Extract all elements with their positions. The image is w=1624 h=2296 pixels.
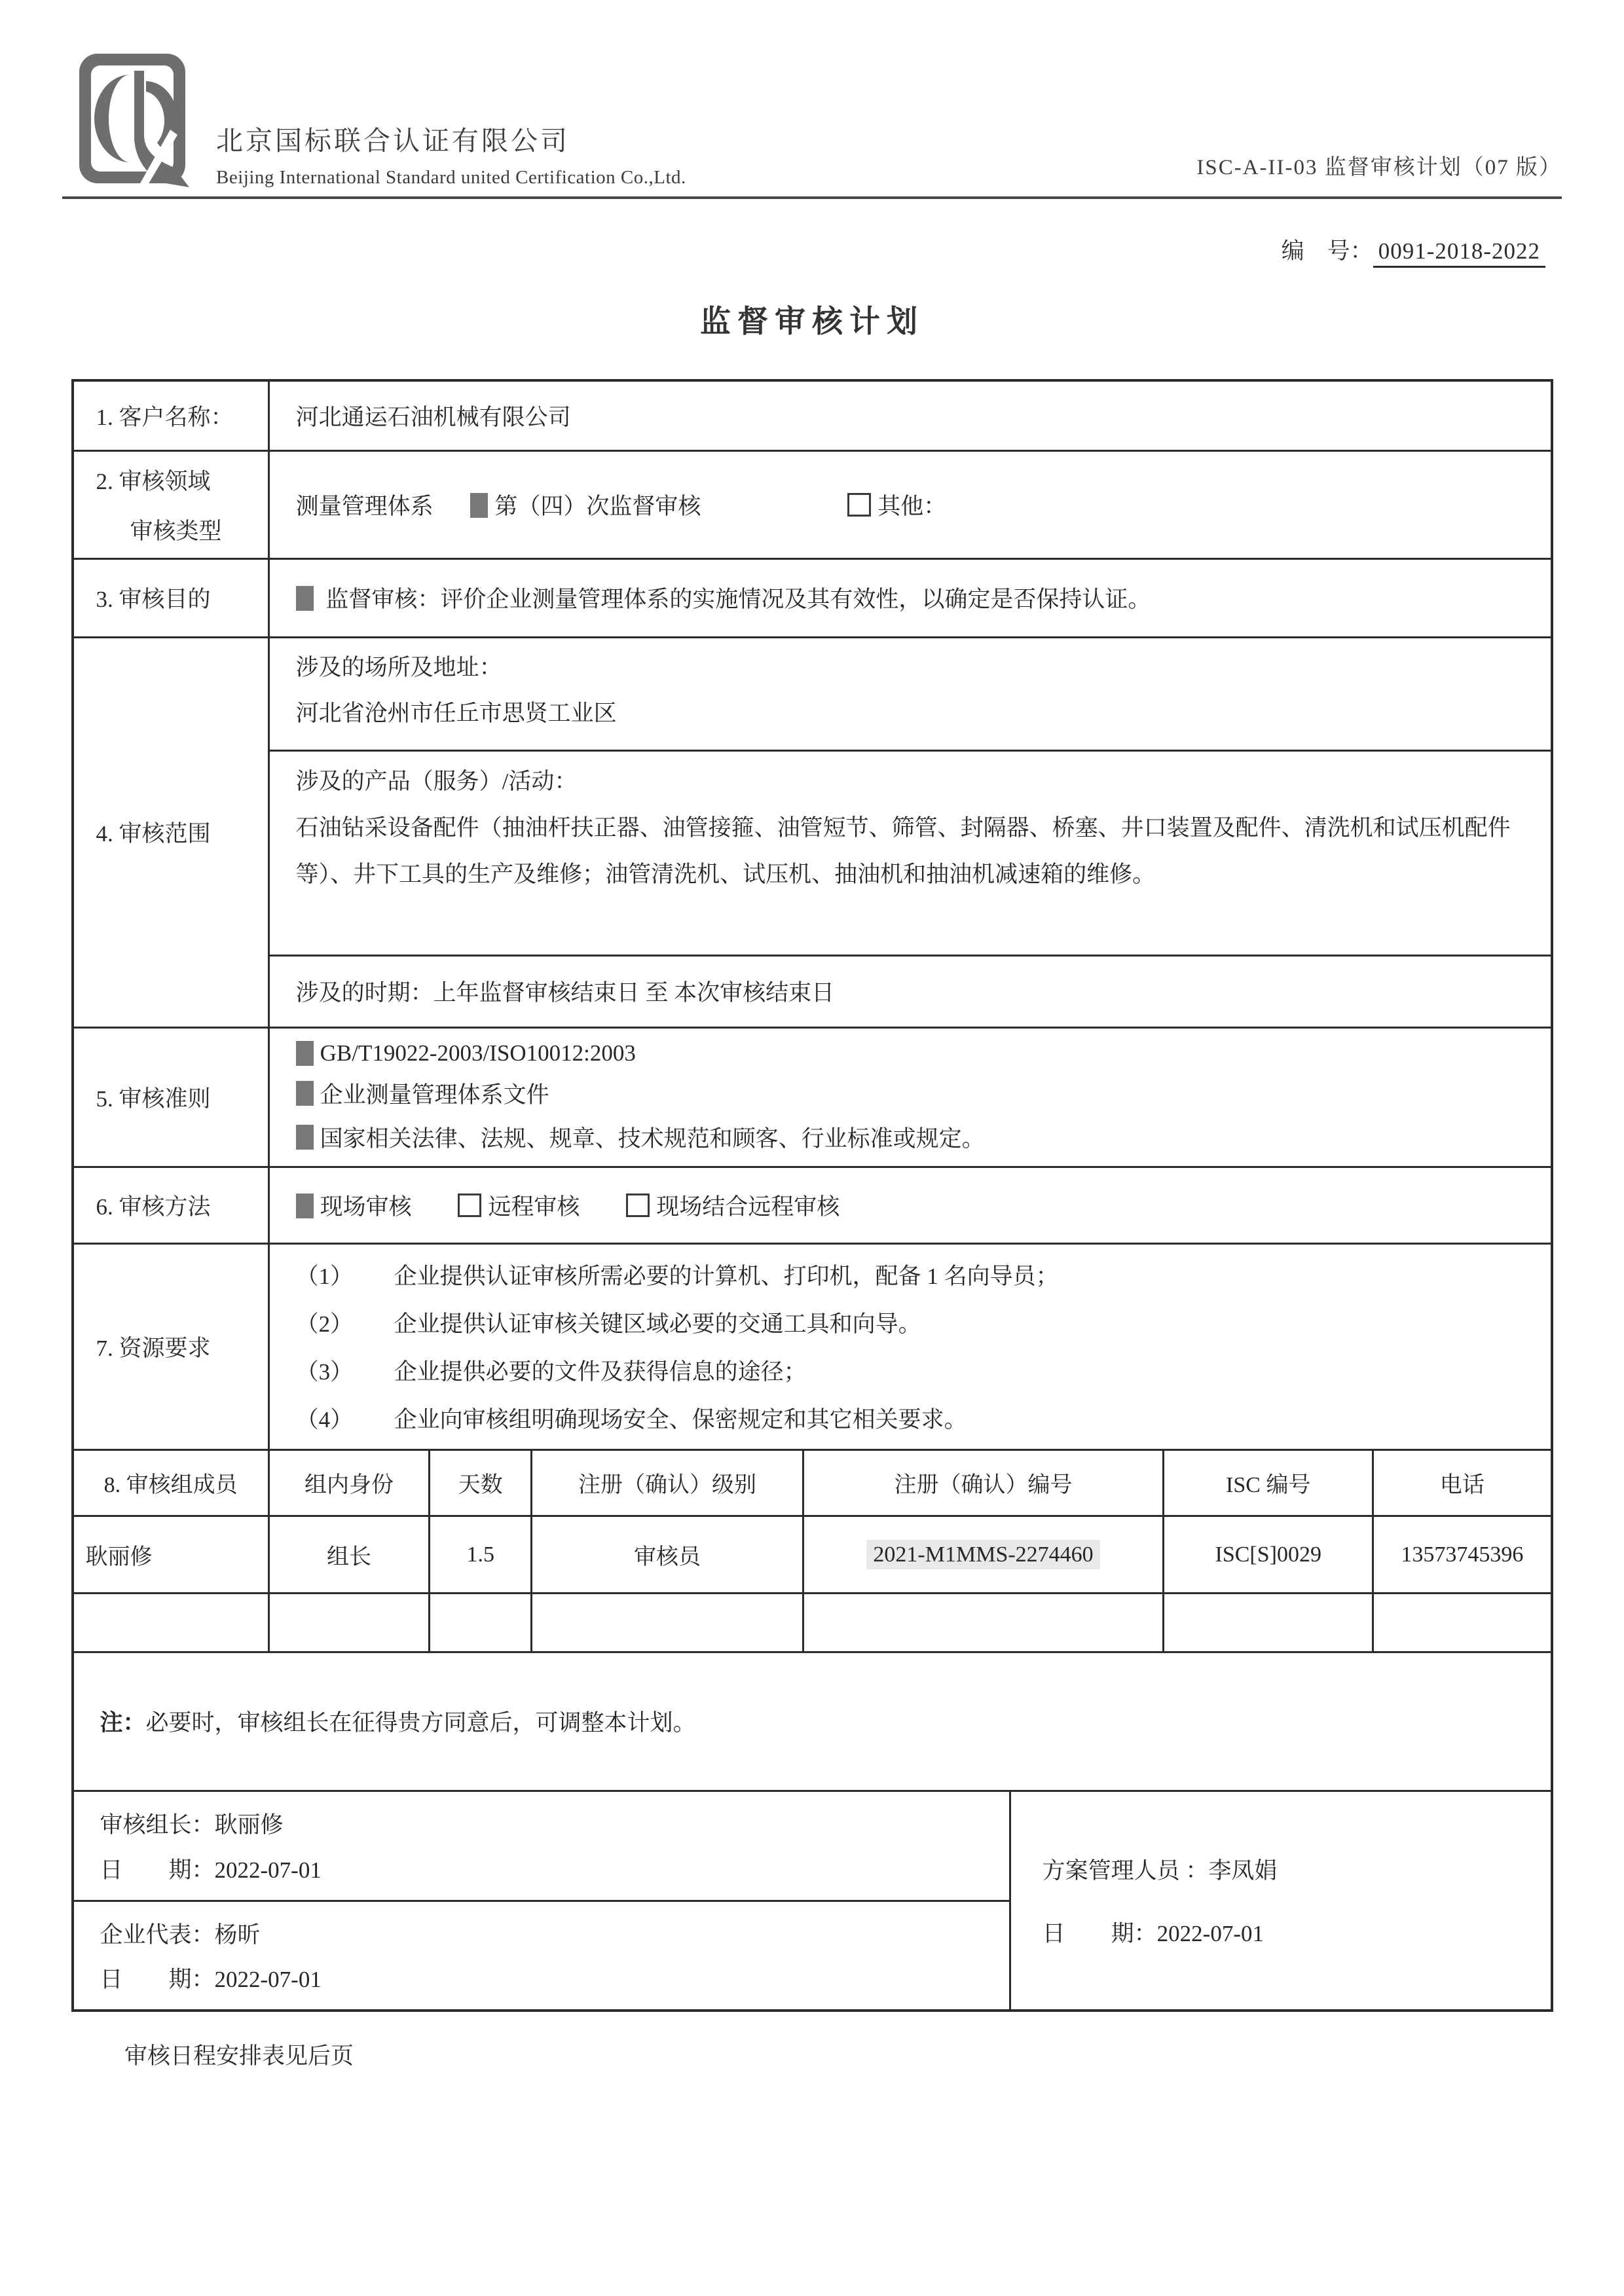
scope-site-label: 涉及的场所及地址： (296, 645, 1551, 691)
audit-field-label: 2. 审核领域 审核类型 (74, 450, 269, 558)
company-name-en: Beijing International Standard united Ce… (216, 167, 686, 189)
serial-label: 编 号： (1282, 238, 1373, 264)
signature-table: 审核组长：耿丽修 日 期：2022-07-01 方案管理人员 ：李凤娟 日 期：… (74, 1792, 1551, 2009)
footer-note: 审核日程安排表见后页 (124, 2038, 1624, 2071)
criteria-item: 企业测量管理体系文件 (296, 1077, 1551, 1110)
page-title: 监督审核计划 (0, 297, 1624, 341)
members-header-cell: ISC 编号 (1164, 1451, 1373, 1516)
method-onsite: 现场审核 (296, 1194, 412, 1220)
checkbox-empty-icon (847, 493, 871, 517)
member-level: 审核员 (532, 1516, 803, 1594)
checkbox-filled-icon (296, 1041, 314, 1066)
checkbox-empty-icon (626, 1194, 650, 1217)
rep-signature-cell: 企业代表：杨昕 日 期：2022-07-01 (74, 1901, 1010, 2009)
members-header-cell: 注册（确认）级别 (532, 1451, 803, 1516)
row-audit-field-type: 2. 审核领域 审核类型 测量管理体系 第（四）次监督审核 其他： (74, 450, 1551, 558)
member-isc-number: ISC[S]0029 (1164, 1516, 1373, 1594)
serial-number: 0091-2018-2022 (1373, 238, 1545, 268)
members-table: 8. 审核组成员 组内身份 天数 注册（确认）级别 注册（确认）编号 ISC 编… (74, 1451, 1551, 1654)
scope-products-label: 涉及的产品（服务）/活动： (296, 758, 1551, 805)
scope-products-value: 石油钻采设备配件（抽油杆扶正器、油管接箍、油管短节、筛管、封隔器、桥塞、井口装置… (296, 805, 1551, 898)
row-resource-req: 7. 资源要求 （1）企业提供认证审核所需必要的计算机、打印机，配备 1 名向导… (74, 1243, 1551, 1449)
member-reg-number: 2021-M1MMS-2274460 (803, 1516, 1163, 1594)
scanned-audit-plan-page: 北京国标联合认证有限公司 Beijing International Stand… (0, 0, 1624, 2296)
manager-date-line: 日 期：2022-07-01 (1043, 1916, 1551, 1948)
company-logo (74, 51, 202, 190)
note-text: 注：必要时，审核组长在征得贵方同意后，可调整本计划。 (74, 1653, 1551, 1791)
checkbox-empty-icon (458, 1194, 481, 1217)
resource-item: （1）企业提供认证审核所需必要的计算机、打印机，配备 1 名向导员； (296, 1258, 1551, 1291)
company-logo-icon (74, 51, 202, 190)
manager-signature-cell: 方案管理人员 ：李凤娟 日 期：2022-07-01 (1010, 1792, 1550, 2009)
manager-name: 李凤娟 (1208, 1858, 1277, 1884)
scope-site: 涉及的场所及地址： 河北省沧州市任丘市思贤工业区 (270, 638, 1551, 752)
audit-field-value: 测量管理体系 第（四）次监督审核 其他： (268, 450, 1550, 558)
rep-name-line: 企业代表：杨昕 (100, 1917, 1009, 1950)
leader-name: 耿丽修 (215, 1812, 284, 1838)
manager-date: 2022-07-01 (1157, 1921, 1264, 1946)
audit-criteria-content: GB/T19022-2003/ISO10012:2003 企业测量管理体系文件 … (268, 1027, 1550, 1167)
audit-scope-content: 涉及的场所及地址： 河北省沧州市任丘市思贤工业区 涉及的产品（服务）/活动： 石… (268, 637, 1550, 1027)
audit-method-label: 6. 审核方法 (74, 1167, 269, 1243)
audit-method-options: 现场审核 远程审核 现场结合远程审核 (268, 1167, 1550, 1243)
system-name: 测量管理体系 (296, 494, 434, 519)
member-empty-row (74, 1594, 1551, 1652)
member-days: 1.5 (430, 1516, 532, 1594)
client-name-label: 1. 客户名称： (74, 382, 269, 450)
leader-signature-cell: 审核组长：耿丽修 日 期：2022-07-01 (74, 1792, 1010, 1901)
resource-item: （2）企业提供认证审核关键区域必要的交通工具和向导。 (296, 1306, 1551, 1339)
serial-line: 编 号：0091-2018-2022 (0, 233, 1545, 266)
signature-row-leader: 审核组长：耿丽修 日 期：2022-07-01 方案管理人员 ：李凤娟 日 期：… (74, 1792, 1551, 1901)
checkbox-filled-icon (296, 1081, 314, 1106)
resource-req-content: （1）企业提供认证审核所需必要的计算机、打印机，配备 1 名向导员； （2）企业… (268, 1243, 1550, 1449)
resource-req-label: 7. 资源要求 (74, 1243, 269, 1449)
client-name-value: 河北通运石油机械有限公司 (268, 382, 1550, 450)
note-prefix: 注： (100, 1710, 146, 1736)
company-name-cn: 北京国标联合认证有限公司 (216, 119, 686, 158)
criteria-item: 国家相关法律、法规、规章、技术规范和顾客、行业标准或规定。 (296, 1121, 1551, 1154)
members-header-cell: 天数 (430, 1451, 532, 1516)
criteria-item: GB/T19022-2003/ISO10012:2003 (296, 1040, 1551, 1066)
leader-date: 2022-07-01 (215, 1857, 322, 1883)
resource-item: （4）企业向审核组明确现场安全、保密规定和其它相关要求。 (296, 1402, 1551, 1434)
scope-products: 涉及的产品（服务）/活动： 石油钻采设备配件（抽油杆扶正器、油管接箍、油管短节、… (270, 752, 1551, 957)
member-role: 组长 (268, 1516, 430, 1594)
members-header-cell: 8. 审核组成员 (74, 1451, 269, 1516)
row-client-name: 1. 客户名称： 河北通运石油机械有限公司 (74, 382, 1551, 450)
audit-criteria-label: 5. 审核准则 (74, 1027, 269, 1167)
manager-name-line: 方案管理人员 ：李凤娟 (1043, 1853, 1551, 1886)
resource-item: （3）企业提供必要的文件及获得信息的途径； (296, 1354, 1551, 1387)
brand-block: 北京国标联合认证有限公司 Beijing International Stand… (62, 51, 686, 190)
form-sheet: 1. 客户名称： 河北通运石油机械有限公司 2. 审核领域 审核类型 测量管理体… (71, 379, 1553, 2012)
row-audit-purpose: 3. 审核目的 监督审核：评价企业测量管理体系的实施情况及其有效性，以确定是否保… (74, 558, 1551, 637)
method-combined: 现场结合远程审核 (626, 1194, 840, 1220)
members-header-cell: 电话 (1373, 1451, 1551, 1516)
note-row: 注：必要时，审核组长在征得贵方同意后，可调整本计划。 (74, 1653, 1551, 1791)
members-header-cell: 组内身份 (268, 1451, 430, 1516)
note-table: 注：必要时，审核组长在征得贵方同意后，可调整本计划。 (74, 1653, 1551, 1792)
audit-purpose-label: 3. 审核目的 (74, 558, 269, 637)
method-remote: 远程审核 (458, 1194, 580, 1220)
member-row: 耿丽修 组长 1.5 审核员 2021-M1MMS-2274460 ISC[S]… (74, 1516, 1551, 1594)
row-audit-criteria: 5. 审核准则 GB/T19022-2003/ISO10012:2003 企业测… (74, 1027, 1551, 1167)
rep-name: 杨昕 (215, 1922, 261, 1948)
members-header-row: 8. 审核组成员 组内身份 天数 注册（确认）级别 注册（确认）编号 ISC 编… (74, 1451, 1551, 1516)
audit-type-other: 其他： (847, 494, 946, 519)
scope-site-value: 河北省沧州市任丘市思贤工业区 (296, 691, 1551, 737)
audit-scope-label: 4. 审核范围 (74, 637, 269, 1027)
member-name: 耿丽修 (74, 1516, 269, 1594)
audit-type-checked: 第（四）次监督审核 (470, 494, 701, 519)
doc-code: ISC-A-II-03 监督审核计划（07 版） (1196, 150, 1562, 190)
leader-name-line: 审核组长：耿丽修 (100, 1807, 1009, 1840)
row-audit-method: 6. 审核方法 现场审核 远程审核 现场结合远程审核 (74, 1167, 1551, 1243)
checkbox-filled-icon (296, 586, 314, 611)
company-names: 北京国标联合认证有限公司 Beijing International Stand… (216, 119, 686, 190)
member-phone: 13573745396 (1373, 1516, 1551, 1594)
rep-date-line: 日 期：2022-07-01 (100, 1961, 1009, 1994)
header: 北京国标联合认证有限公司 Beijing International Stand… (62, 51, 1562, 199)
audit-purpose-value: 监督审核：评价企业测量管理体系的实施情况及其有效性，以确定是否保持认证。 (268, 558, 1550, 637)
checkbox-filled-icon (296, 1125, 314, 1150)
scope-period: 涉及的时期：上年监督审核结束日 至 本次审核结束日 (270, 957, 1551, 1027)
members-header-cell: 注册（确认）编号 (803, 1451, 1163, 1516)
main-form-table: 1. 客户名称： 河北通运石油机械有限公司 2. 审核领域 审核类型 测量管理体… (74, 382, 1551, 1451)
checkbox-filled-icon (470, 493, 488, 518)
row-audit-scope: 4. 审核范围 涉及的场所及地址： 河北省沧州市任丘市思贤工业区 涉及的产品（服… (74, 637, 1551, 1027)
rep-date: 2022-07-01 (215, 1967, 322, 1992)
checkbox-filled-icon (296, 1194, 314, 1218)
leader-date-line: 日 期：2022-07-01 (100, 1852, 1009, 1885)
